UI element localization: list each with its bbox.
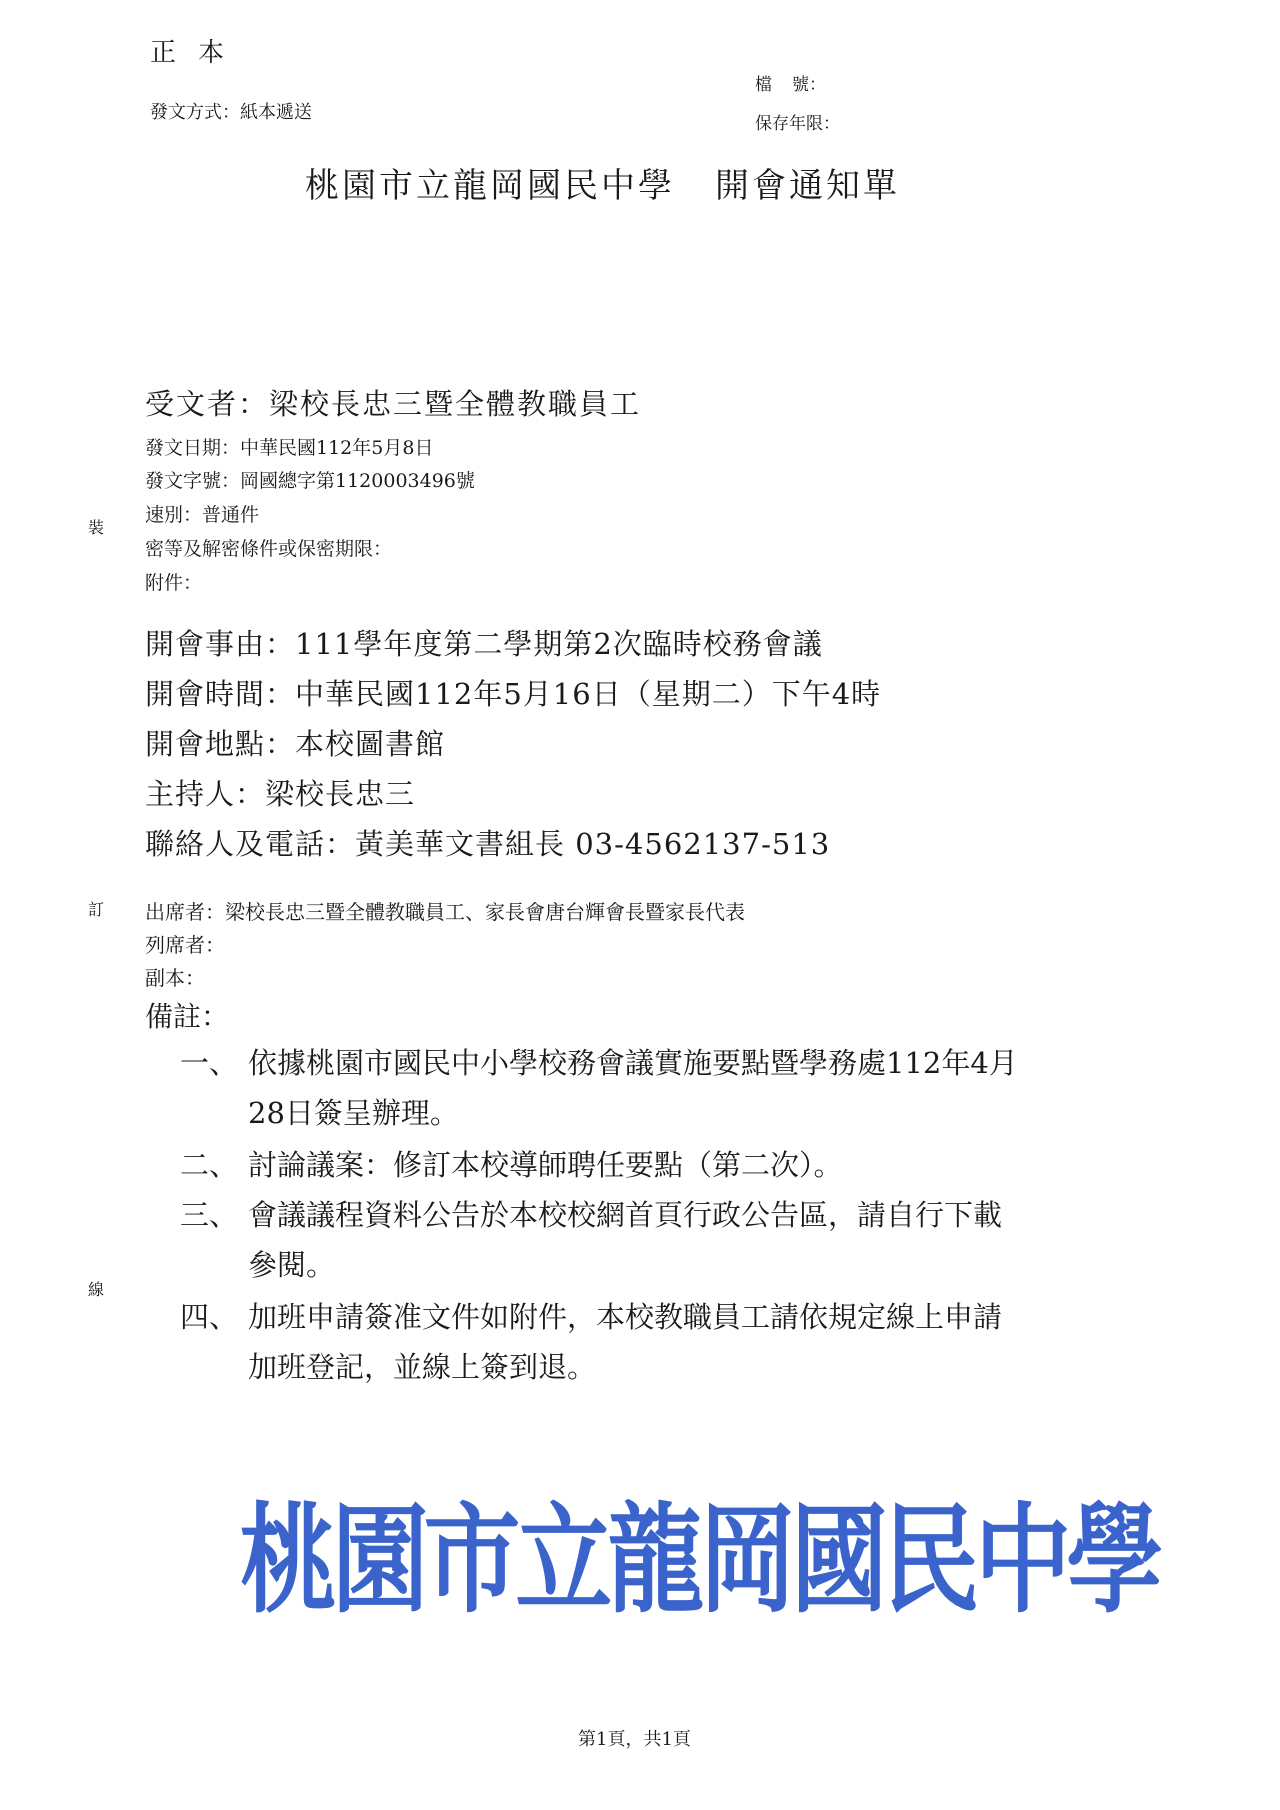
meeting-host: 主持人：梁校長忠三 [145, 772, 415, 813]
binding-mark-ding: 訂 [88, 897, 104, 920]
note-text: 依據桃園市國民中小學校務會議實施要點暨學務處112年4月 [248, 1046, 1018, 1080]
file-no-label-2: 號： [792, 75, 826, 95]
note-item: 二、討論議案：修訂本校導師聘任要點（第二次）。 [180, 1140, 1160, 1190]
binding-mark-zhuang: 裝 [88, 515, 104, 538]
copy-to: 副本： [145, 962, 205, 991]
note-text-cont: 參閱。 [180, 1240, 1160, 1290]
note-number: 一、 [180, 1038, 248, 1088]
title-doc-type: 開會通知單 [715, 166, 900, 206]
note-number: 三、 [180, 1190, 248, 1240]
attachments: 附件： [145, 568, 202, 595]
note-number: 四、 [180, 1292, 248, 1342]
note-text-cont: 28日簽呈辦理。 [180, 1088, 1160, 1138]
observers: 列席者： [145, 929, 225, 958]
seal-text: 桃園市立龍岡國民中學 [240, 1465, 1158, 1635]
document-title: 桃園市立龍岡國民中學開會通知單 [305, 158, 900, 207]
issue-date: 發文日期：中華民國112年5月8日 [145, 433, 433, 460]
note-item: 三、會議議程資料公告於本校校網首頁行政公告區，請自行下載參閱。 [180, 1190, 1160, 1290]
document-number: 發文字號：岡國總字第1120003496號 [145, 466, 475, 493]
note-number: 二、 [180, 1140, 248, 1190]
binding-mark-xian: 線 [88, 1277, 104, 1300]
urgency: 速別：普通件 [145, 500, 259, 527]
note-text: 加班申請簽准文件如附件，本校教職員工請依規定線上申請 [248, 1300, 1002, 1334]
meeting-time: 開會時間：中華民國112年5月16日（星期二）下午4時 [145, 672, 881, 713]
note-text: 會議議程資料公告於本校校網首頁行政公告區，請自行下載 [248, 1198, 1002, 1232]
send-method: 發文方式：紙本遞送 [150, 98, 312, 124]
file-no-label-1: 檔 [755, 75, 792, 95]
meeting-location: 開會地點：本校圖書館 [145, 722, 445, 763]
retention-label: 保存年限： [755, 109, 840, 134]
attendees: 出席者：梁校長忠三暨全體教職員工、家長會唐台輝會長暨家長代表 [145, 896, 745, 925]
contact-person: 聯絡人及電話：黃美華文書組長 03-4562137-513 [145, 822, 830, 863]
note-text: 討論議案：修訂本校導師聘任要點（第二次）。 [248, 1148, 843, 1182]
recipient: 受文者：梁校長忠三暨全體教職員工 [145, 382, 641, 423]
confidentiality: 密等及解密條件或保密期限： [145, 534, 392, 561]
page-number: 第1頁，共1頁 [578, 1725, 691, 1751]
file-number-label: 檔號： [755, 70, 826, 95]
note-item: 四、加班申請簽准文件如附件，本校教職員工請依規定線上申請加班登記，並線上簽到退。 [180, 1292, 1160, 1392]
meeting-purpose: 開會事由：111學年度第二學期第2次臨時校務會議 [145, 622, 823, 663]
note-item: 一、依據桃園市國民中小學校務會議實施要點暨學務處112年4月28日簽呈辦理。 [180, 1038, 1160, 1138]
title-school: 桃園市立龍岡國民中學 [305, 166, 675, 206]
notes-label: 備註： [145, 995, 229, 1035]
copy-type: 正本 [150, 32, 246, 69]
school-seal-stamp: 桃園市立龍岡國民中學 [240, 1465, 1020, 1640]
note-text-cont: 加班登記，並線上簽到退。 [180, 1342, 1160, 1392]
